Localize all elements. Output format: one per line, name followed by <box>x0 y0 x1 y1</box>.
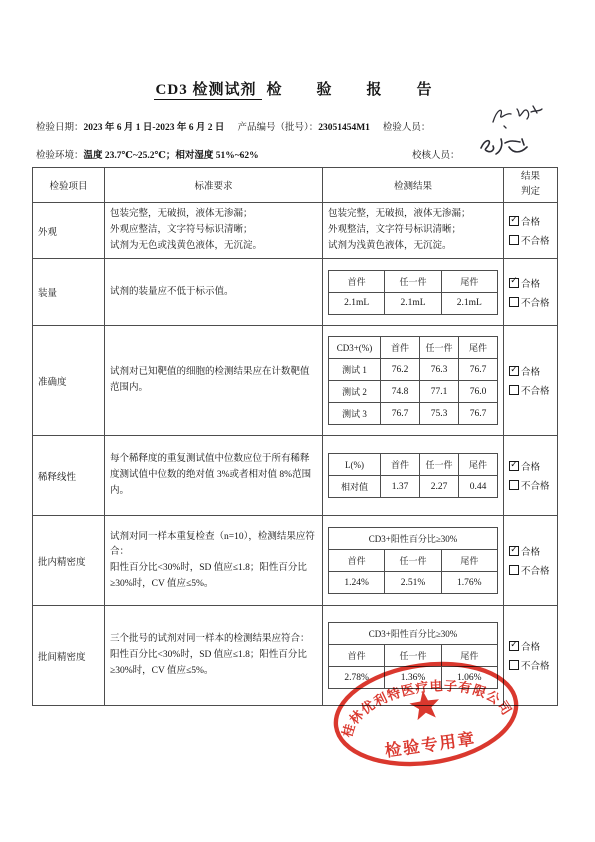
inner-value: 76.7 <box>459 403 498 425</box>
inspection-table: 检验项目 标准要求 检测结果 结果 判定 外观 包装完整，无破损，液体无渗漏； … <box>32 167 558 706</box>
inner-row-label: 测试 1 <box>329 359 381 381</box>
result-cell: CD3+阳性百分比≥30% 首件 任一件 尾件 1.24% 2.51% 1.76… <box>323 516 504 606</box>
inner-header-row: CD3+(%) 首件 任一件 尾件 <box>329 337 498 359</box>
col-header-standard: 标准要求 <box>105 168 323 203</box>
inner-span-header-row: CD3+阳性百分比≥30% <box>329 623 498 645</box>
inner-row-label: 测试 2 <box>329 381 381 403</box>
inner-value: 76.0 <box>459 381 498 403</box>
table-row-accuracy: 准确度 试剂对已知靶值的细胞的检测结果应在计数靶值范围内。 CD3+(%) 首件… <box>33 326 558 436</box>
inner-header: 尾件 <box>441 270 497 292</box>
inner-header-row: 首件 任一件 尾件 <box>329 550 498 572</box>
inner-header: 尾件 <box>441 550 497 572</box>
fail-option: 不合格 <box>509 295 552 309</box>
inner-value: 75.3 <box>420 403 459 425</box>
judgement-cell: ✓合格 不合格 <box>504 259 558 326</box>
standard-text: 每个稀释度的重复测试值中位数应位于所有稀释度测试值中位数的绝对值 3%或者相对值… <box>105 436 323 516</box>
item-label: 外观 <box>33 203 105 259</box>
pass-option: ✓合格 <box>509 459 552 473</box>
pass-label: 合格 <box>521 544 540 558</box>
check-glyph: ✓ <box>510 546 518 555</box>
pass-label: 合格 <box>521 214 540 228</box>
verdict-checkboxes: ✓合格 不合格 <box>509 364 552 397</box>
inner-value-row: 1.24% 2.51% 1.76% <box>329 572 498 594</box>
inner-value: 2.1mL <box>441 292 497 314</box>
item-label: 批内精密度 <box>33 516 105 606</box>
col-header-result: 检测结果 <box>323 168 504 203</box>
date-label: 检验日期： <box>36 123 84 133</box>
fail-label: 不合格 <box>521 383 550 397</box>
col-header-item: 检验项目 <box>33 168 105 203</box>
title-report-text: 检 验 报 告 <box>266 82 441 98</box>
checkbox-empty-icon <box>509 565 519 575</box>
standard-text: 试剂对同一样本重复检查（n=10），检测结果应符合： 阳性百分比<30%时，SD… <box>105 516 323 606</box>
inner-header: 首件 <box>329 645 385 667</box>
inner-header: 首件 <box>381 337 420 359</box>
inner-corner: CD3+(%) <box>329 337 381 359</box>
table-row-appearance: 外观 包装完整，无破损，液体无渗漏； 外观应整洁，文字符号标识清晰； 试剂为无色… <box>33 203 558 259</box>
checkbox-checked-icon: ✓ <box>509 461 519 471</box>
check-glyph: ✓ <box>510 277 518 286</box>
inner-value: 2.1mL <box>329 292 385 314</box>
inner-value: 76.3 <box>420 359 459 381</box>
check-glyph: ✓ <box>510 366 518 375</box>
inner-header: 首件 <box>329 270 385 292</box>
judgement-cell: ✓合格 不合格 <box>504 516 558 606</box>
item-label: 装量 <box>33 259 105 326</box>
pass-option: ✓合格 <box>509 544 552 558</box>
fail-option: 不合格 <box>509 563 552 577</box>
inner-value: 76.7 <box>381 403 420 425</box>
judgement-cell: ✓合格 不合格 <box>504 326 558 436</box>
inner-value: 77.1 <box>420 381 459 403</box>
item-label: 准确度 <box>33 326 105 436</box>
pass-label: 合格 <box>521 639 540 653</box>
report-page: CD3 检测试剂检 验 报 告 检验日期：2023 年 6 月 1 日-2023… <box>0 0 595 842</box>
inner-row-label: 测试 3 <box>329 403 381 425</box>
pass-option: ✓合格 <box>509 364 552 378</box>
checkbox-empty-icon <box>509 297 519 307</box>
inner-value-row: 相对值 1.37 2.27 0.44 <box>329 476 498 498</box>
inner-span-header-row: CD3+阳性百分比≥30% <box>329 528 498 550</box>
inner-header: 尾件 <box>459 337 498 359</box>
result-cell: CD3+(%) 首件 任一件 尾件 测试 1 76.2 76.3 76.7 <box>323 326 504 436</box>
inner-value: 2.27 <box>420 476 459 498</box>
inner-span-header: CD3+阳性百分比≥30% <box>329 528 498 550</box>
standard-text: 试剂的装量应不低于标示值。 <box>105 259 323 326</box>
judgement-cell: ✓合格 不合格 <box>504 203 558 259</box>
inner-value: 1.76% <box>441 572 497 594</box>
checkbox-checked-icon: ✓ <box>509 366 519 376</box>
pass-option: ✓合格 <box>509 214 552 228</box>
header-line-date: 检验日期：2023 年 6 月 1 日-2023 年 6 月 2 日产品编号（批… <box>36 119 430 133</box>
inner-value: 76.7 <box>459 359 498 381</box>
item-label: 稀释线性 <box>33 436 105 516</box>
standard-text: 试剂对已知靶值的细胞的检测结果应在计数靶值范围内。 <box>105 326 323 436</box>
checkbox-empty-icon <box>509 480 519 490</box>
checkbox-checked-icon: ✓ <box>509 278 519 288</box>
inner-value: 74.8 <box>381 381 420 403</box>
checkbox-checked-icon: ✓ <box>509 546 519 556</box>
reviewer-signature <box>477 134 533 160</box>
inner-value-row: 测试 1 76.2 76.3 76.7 <box>329 359 498 381</box>
environment-value: 温度 23.7℃~25.2℃；相对湿度 51%~62% <box>84 151 259 161</box>
inner-header-row: 首件 任一件 尾件 <box>329 270 498 292</box>
inner-value: 0.44 <box>459 476 498 498</box>
accuracy-result-table: CD3+(%) 首件 任一件 尾件 测试 1 76.2 76.3 76.7 <box>328 336 498 425</box>
checkbox-empty-icon <box>509 235 519 245</box>
inner-value: 2.51% <box>385 572 441 594</box>
inner-header: 任一件 <box>420 454 459 476</box>
pass-option: ✓合格 <box>509 639 552 653</box>
inner-span-header: CD3+阳性百分比≥30% <box>329 623 498 645</box>
inner-value-row: 2.1mL 2.1mL 2.1mL <box>329 292 498 314</box>
fail-option: 不合格 <box>509 383 552 397</box>
inner-header: 任一件 <box>385 270 441 292</box>
verdict-checkboxes: ✓合格 不合格 <box>509 544 552 577</box>
inspector-label: 检验人员： <box>383 123 431 133</box>
standard-text: 包装完整，无破损，液体无渗漏； 外观应整洁，文字符号标识清晰； 试剂为无色或浅黄… <box>105 203 323 259</box>
fail-label: 不合格 <box>521 233 550 247</box>
linearity-result-table: L(%) 首件 任一件 尾件 相对值 1.37 2.27 0.44 <box>328 453 498 498</box>
item-label: 批间精密度 <box>33 606 105 706</box>
fail-option: 不合格 <box>509 478 552 492</box>
product-no-label: 产品编号（批号）： <box>237 123 318 133</box>
inner-value: 2.1mL <box>385 292 441 314</box>
product-no-value: 23051454M1 <box>318 123 370 133</box>
title-product-name: CD3 检测试剂 <box>154 82 263 100</box>
inner-header: 首件 <box>329 550 385 572</box>
inner-row-label: 相对值 <box>329 476 381 498</box>
intra-precision-result-table: CD3+阳性百分比≥30% 首件 任一件 尾件 1.24% 2.51% 1.76… <box>328 527 498 594</box>
standard-text: 三个批号的试剂对同一样本的检测结果应符合： 阳性百分比<30%时，SD 值应≤1… <box>105 606 323 706</box>
date-value: 2023 年 6 月 1 日-2023 年 6 月 2 日 <box>84 123 225 133</box>
inner-header-row: L(%) 首件 任一件 尾件 <box>329 454 498 476</box>
fail-label: 不合格 <box>521 295 550 309</box>
inner-value-row: 测试 2 74.8 77.1 76.0 <box>329 381 498 403</box>
verdict-checkboxes: ✓合格 不合格 <box>509 214 552 247</box>
pass-label: 合格 <box>521 276 540 290</box>
judgement-cell: ✓合格 不合格 <box>504 436 558 516</box>
result-cell: L(%) 首件 任一件 尾件 相对值 1.37 2.27 0.44 <box>323 436 504 516</box>
check-glyph: ✓ <box>510 216 518 225</box>
fail-option: 不合格 <box>509 233 552 247</box>
table-row-intra-batch-precision: 批内精密度 试剂对同一样本重复检查（n=10），检测结果应符合： 阳性百分比<3… <box>33 516 558 606</box>
pass-label: 合格 <box>521 364 540 378</box>
result-text: 包装完整，无破损，液体无渗漏； 外观整洁，文字符号标识清晰； 试剂为浅黄色液体，… <box>323 203 504 259</box>
inner-header: 首件 <box>381 454 420 476</box>
inner-corner: L(%) <box>329 454 381 476</box>
inner-value-row: 测试 3 76.7 75.3 76.7 <box>329 403 498 425</box>
inner-value: 1.24% <box>329 572 385 594</box>
fail-label: 不合格 <box>521 563 550 577</box>
table-row-dilution-linearity: 稀释线性 每个稀释度的重复测试值中位数应位于所有稀释度测试值中位数的绝对值 3%… <box>33 436 558 516</box>
page-title: CD3 检测试剂检 验 报 告 <box>0 78 595 99</box>
verdict-checkboxes: ✓合格 不合格 <box>509 276 552 309</box>
header-line-environment: 检验环境：温度 23.7℃~25.2℃；相对湿度 51%~62% <box>36 147 259 161</box>
pass-label: 合格 <box>521 459 540 473</box>
result-cell: 首件 任一件 尾件 2.1mL 2.1mL 2.1mL <box>323 259 504 326</box>
verdict-checkboxes: ✓合格 不合格 <box>509 459 552 492</box>
inspector-signature <box>487 100 549 132</box>
inner-header: 任一件 <box>385 550 441 572</box>
checkbox-empty-icon <box>509 385 519 395</box>
check-glyph: ✓ <box>510 461 518 470</box>
reviewer-label: 校核人员： <box>412 147 460 161</box>
pass-option: ✓合格 <box>509 276 552 290</box>
col-header-judgement: 结果 判定 <box>504 168 558 203</box>
environment-label: 检验环境： <box>36 151 84 161</box>
inner-header: 尾件 <box>459 454 498 476</box>
inner-value: 1.37 <box>381 476 420 498</box>
table-row-fill-volume: 装量 试剂的装量应不低于标示值。 首件 任一件 尾件 2.1mL 2 <box>33 259 558 326</box>
table-header-row: 检验项目 标准要求 检测结果 结果 判定 <box>33 168 558 203</box>
fill-volume-result-table: 首件 任一件 尾件 2.1mL 2.1mL 2.1mL <box>328 270 498 315</box>
inner-header: 任一件 <box>420 337 459 359</box>
inner-value: 76.2 <box>381 359 420 381</box>
fail-label: 不合格 <box>521 658 550 672</box>
checkbox-checked-icon: ✓ <box>509 216 519 226</box>
fail-label: 不合格 <box>521 478 550 492</box>
